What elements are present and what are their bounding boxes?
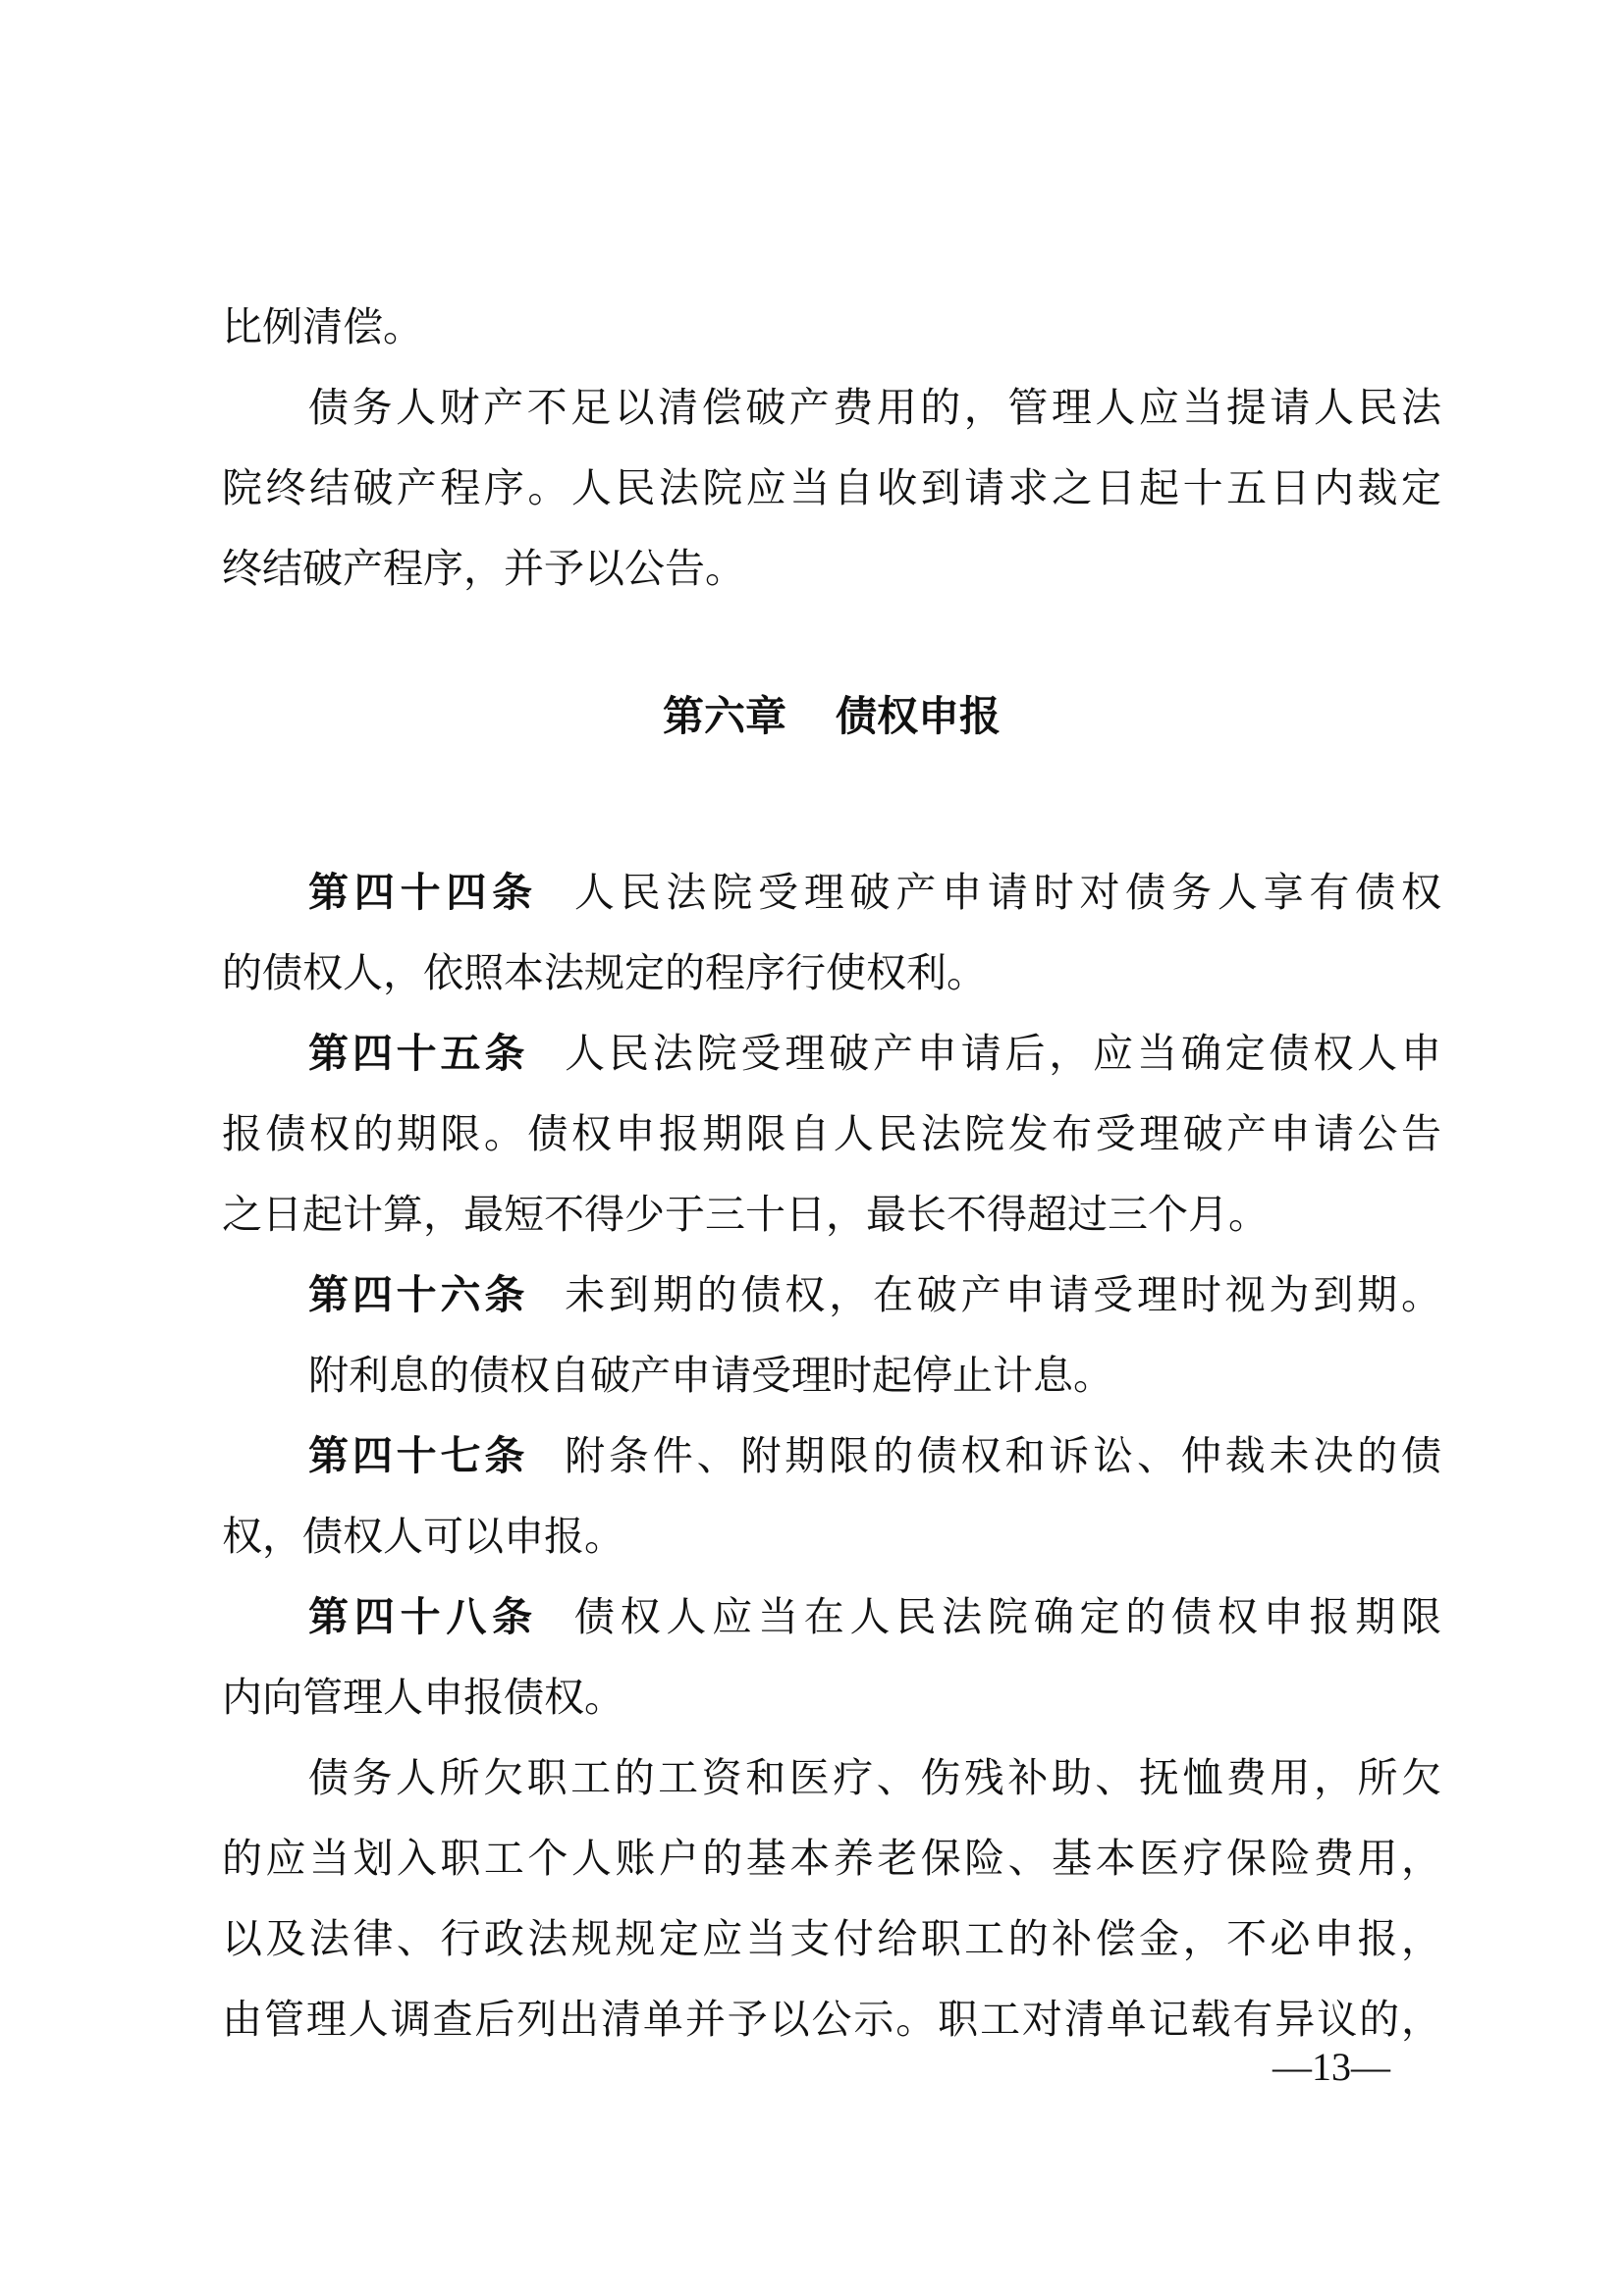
text-line: 报债权的期限。债权申报期限自人民法院发布受理破产申请公告 [222,1094,1441,1174]
text-line: 比例清偿。 [222,287,1441,367]
article-label: 第四十七条 [308,1432,528,1479]
page-number: —13— [1272,2044,1390,2090]
article-45: 第四十五条人民法院受理破产申请后，应当确定债权人申 [222,1013,1441,1094]
article-text: 债权人应当在人民法院确定的债权申报期限 [574,1593,1441,1640]
text-line: 内向管理人申报债权。 [222,1657,1441,1737]
text-line: 由管理人调查后列出清单并予以公示。职工对清单记载有异议的， [222,1979,1441,2059]
chapter-title: 债权申报 [836,692,1001,740]
article-label: 第四十六条 [308,1271,528,1318]
text-line: 院终结破产程序。人民法院应当自收到请求之日起十五日内裁定 [222,448,1441,528]
text-line: 的债权人，依照本法规定的程序行使权利。 [222,933,1441,1013]
article-47: 第四十七条附条件、附期限的债权和诉讼、仲裁未决的债 [222,1415,1441,1496]
text-line: 之日起计算，最短不得少于三十日，最长不得超过三个月。 [222,1174,1441,1255]
text-line: 权，债权人可以申报。 [222,1496,1441,1576]
text-line: 债务人所欠职工的工资和医疗、伤残补助、抚恤费用，所欠 [222,1737,1441,1818]
text-line: 债务人财产不足以清偿破产费用的，管理人应当提请人民法 [222,367,1441,448]
chapter-number: 第六章 [663,692,786,740]
chapter-heading: 第六章债权申报 [222,687,1441,746]
article-text: 未到期的债权，在破产申请受理时视为到期。 [565,1271,1441,1318]
article-44: 第四十四条人民法院受理破产申请时对债务人享有债权 [222,852,1441,933]
article-text: 附条件、附期限的债权和诉讼、仲裁未决的债 [565,1432,1441,1479]
text-line: 附利息的债权自破产申请受理时起停止计息。 [222,1335,1441,1415]
article-text: 人民法院受理破产申请时对债务人享有债权 [574,869,1441,916]
text-line: 以及法律、行政法规规定应当支付给职工的补偿金，不必申报， [222,1898,1441,1979]
article-text: 人民法院受理破产申请后，应当确定债权人申 [565,1030,1441,1077]
text-line: 的应当划入职工个人账户的基本养老保险、基本医疗保险费用， [222,1818,1441,1898]
article-label: 第四十八条 [308,1593,538,1640]
article-label: 第四十五条 [308,1030,528,1077]
article-48: 第四十八条债权人应当在人民法院确定的债权申报期限 [222,1576,1441,1657]
article-46: 第四十六条未到期的债权，在破产申请受理时视为到期。 [222,1255,1441,1335]
article-label: 第四十四条 [308,869,538,916]
text-line: 终结破产程序，并予以公告。 [222,528,1441,609]
